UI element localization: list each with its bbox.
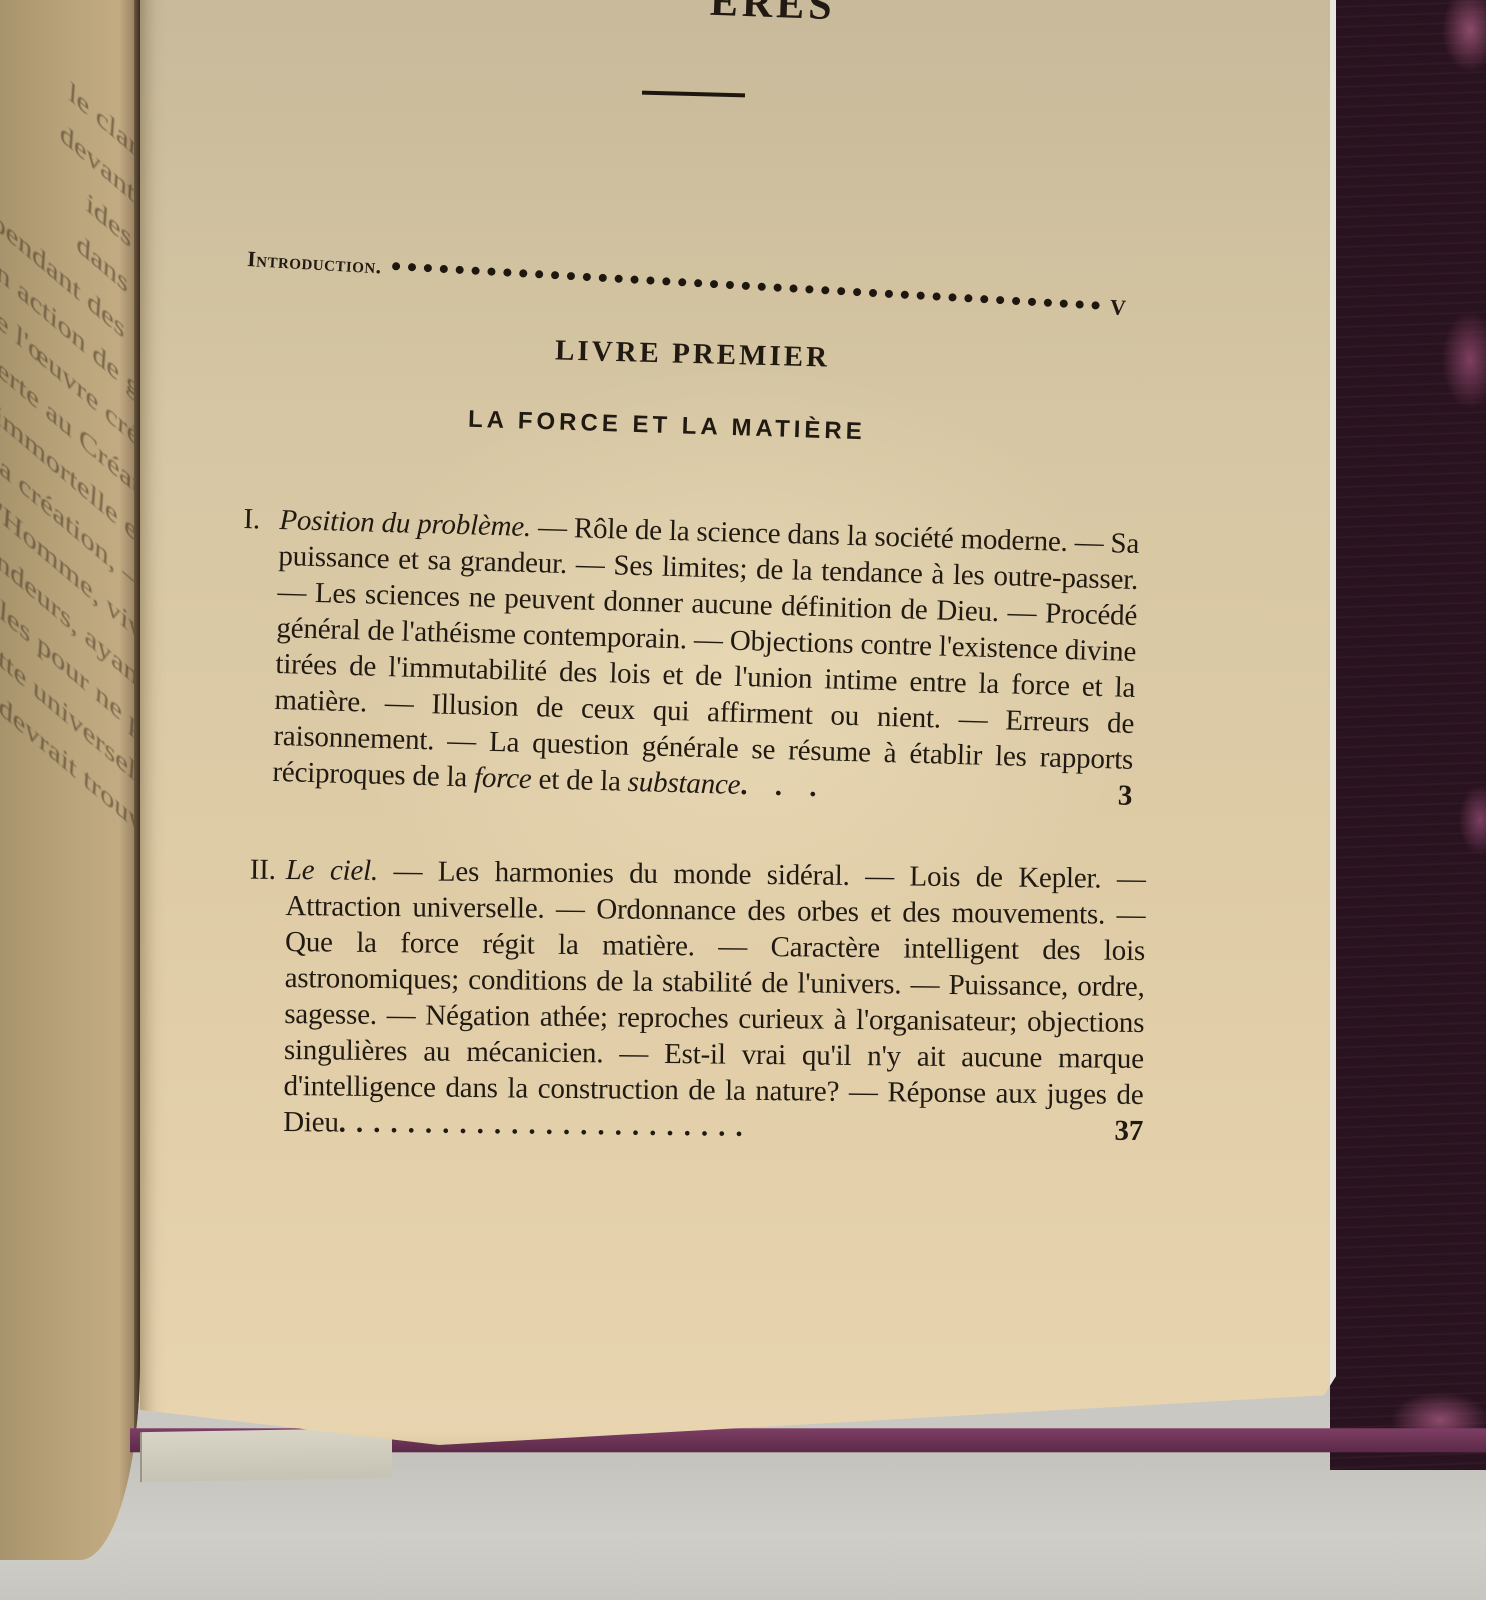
page-number: V [1109, 294, 1126, 321]
title-rule [642, 91, 745, 98]
emphasis-substance: substance [627, 766, 740, 801]
page-number: 3 [1117, 778, 1132, 814]
dot-leader: ........................ [339, 1107, 753, 1143]
toc-label: Introduction. [247, 246, 383, 279]
endpaper [140, 1428, 392, 1482]
chapter-summary-cont: et de la [531, 763, 628, 798]
dot-leader: . . . [740, 769, 827, 803]
toc-entry-chapter-1: I. Position du problème. — Rôle de la sc… [272, 502, 1140, 814]
chapter-title: Le ciel. [286, 854, 379, 887]
table-of-contents: ÈRES Introduction. V LIVRE PREMIER LA FO… [140, 0, 1330, 1445]
book-cover [1330, 0, 1486, 1470]
book-subheading: LA FORCE ET LA MATIÈRE [468, 406, 866, 446]
chapter-number: II. [250, 852, 276, 888]
running-title: ÈRES [709, 0, 836, 30]
dot-leader [392, 262, 1101, 310]
chapter-title: Position du problème. [279, 504, 531, 543]
chapter-number: I. [243, 501, 261, 537]
right-page: ÈRES Introduction. V LIVRE PREMIER LA FO… [140, 0, 1336, 1445]
left-page: le clar devant ides dans pendant des son… [0, 0, 140, 1560]
emphasis-force: force [474, 762, 532, 796]
left-page-text: le clar devant ides dans pendant des son… [0, 0, 140, 806]
chapter-summary: — Les harmonies du monde sidéral. — Lois… [283, 855, 1146, 1139]
toc-entry-chapter-2: II. Le ciel. — Les harmonies du monde si… [283, 852, 1146, 1149]
book-heading: LIVRE PREMIER [555, 334, 831, 374]
page-number: 37 [1114, 1113, 1143, 1149]
chapter-summary: — Rôle de la science dans la société mod… [272, 511, 1140, 793]
